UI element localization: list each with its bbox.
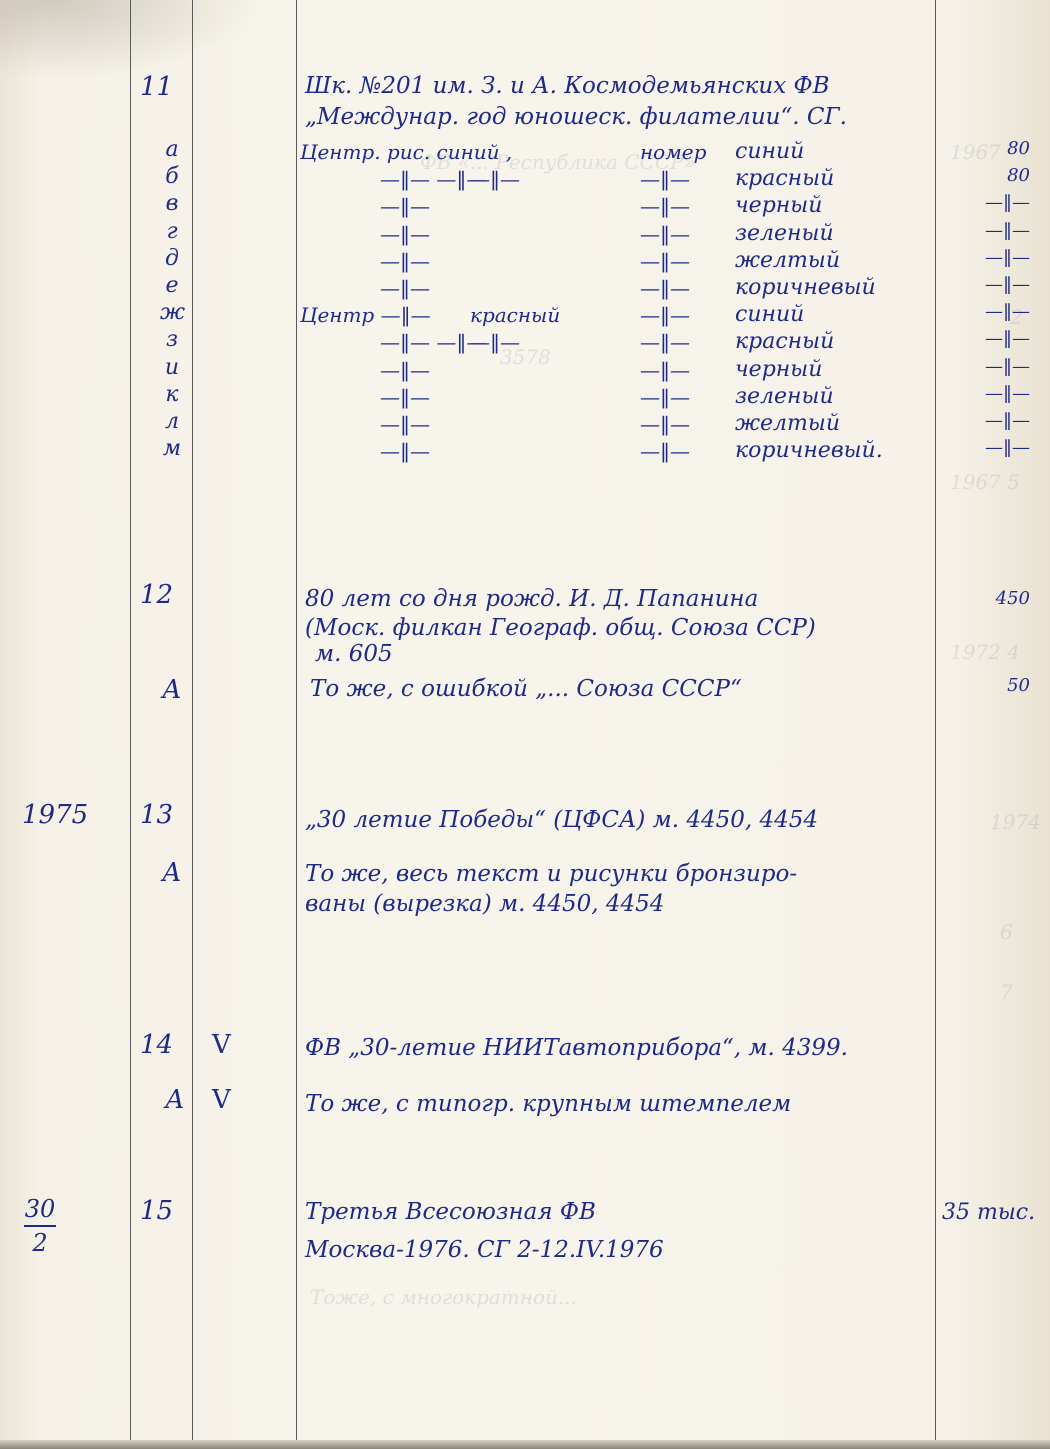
column-rule-description [935,0,936,1449]
entry-number: 12 [140,580,173,610]
variant-letter: ж [160,301,184,325]
year-fraction: 30 2 [20,1195,60,1257]
sub-letter: А [162,858,182,888]
variant-center-color: —‖— [380,356,430,384]
bleed-through-text: 1974 [990,810,1041,834]
entry-title: 80 лет со дня рожд. И. Д. Папанина [305,585,758,613]
variant-center-color: —‖— [380,274,430,302]
variant-letter: м [160,437,184,461]
sub-letter: А [162,675,182,705]
variant-letter: и [160,356,184,380]
variant-letter: к [160,383,184,407]
variant-middle: красный [470,301,560,329]
checkmark: V [212,1085,231,1115]
entry-number: 14 [140,1030,173,1060]
variant-price: —‖— [940,410,1030,431]
entry-price: 35 тыс. [942,1200,1035,1225]
variant-number-color: черный [735,192,822,220]
entry-title: ФВ „30-летие НИИТавтоприбора“, м. 4399. [305,1034,848,1062]
variant-price: —‖— [940,301,1030,322]
variant-center-color: —‖— [380,220,430,248]
variant-letter: л [160,410,184,434]
variant-number-color: желтый [735,247,840,275]
entry-title: м. 605 [315,640,393,668]
fraction-bar [24,1225,56,1227]
entry-year: 1975 [22,800,88,830]
variant-price: —‖— [940,328,1030,349]
variant-price: —‖— [940,220,1030,241]
variant-letter: з [160,328,184,352]
bleed-through-text: 7 [1000,980,1013,1004]
variant-center-color: Центр. рис. синий , [300,138,512,166]
variant-number-prefix: —‖— [640,410,690,438]
variant-number-color: синий [735,138,804,166]
variant-middle: —‖— [470,328,520,356]
variant-letter: е [160,274,184,298]
variant-number-color: коричневый. [735,437,883,465]
entry-number: 11 [140,72,173,102]
variant-number-prefix: —‖— [640,220,690,248]
variant-price: —‖— [940,192,1030,213]
entry-number: 15 [140,1196,173,1226]
bleed-through-text: 1972 4 [950,640,1020,664]
entry-title: (Моск. филкан Географ. общ. Союза ССР) [305,614,816,642]
variant-center-color: —‖— [380,192,430,220]
variant-middle: —‖— [470,165,520,193]
variant-number-color: красный [735,328,834,356]
sub-title: То же, с ошибкой „... Союза СССР“ [310,675,742,703]
variant-number-color: красный [735,165,834,193]
variant-number-color: синий [735,301,804,329]
variant-number-color: зеленый [735,220,834,248]
variant-number-color: черный [735,356,822,384]
entry-title: Третья Всесоюзная ФВ [305,1198,596,1226]
variant-number-prefix: —‖— [640,301,690,329]
variant-center-color: —‖— [380,247,430,275]
column-rule-number [192,0,193,1449]
variant-center-color: —‖— [380,383,430,411]
variant-center-color: Центр —‖— [300,301,431,329]
variant-letter: д [160,247,184,271]
variant-number-prefix: —‖— [640,247,690,275]
entry-title: Москва-1976. СГ 2-12.IV.1976 [305,1236,664,1264]
variant-number-prefix: —‖— [640,192,690,220]
entry-price: 450 [940,588,1030,609]
bleed-through-text: 1967 5 [950,470,1020,494]
variant-number-prefix: —‖— [640,356,690,384]
sub-title: ваны (вырезка) м. 4450, 4454 [305,890,664,918]
fraction-top: 30 [25,1195,56,1223]
variant-price: —‖— [940,274,1030,295]
variant-price: —‖— [940,437,1030,458]
variant-number-prefix: —‖— [640,328,690,356]
variant-number-prefix: —‖— [640,383,690,411]
variant-price: 80 [940,165,1030,186]
variant-number-prefix: —‖— [640,165,690,193]
fraction-bottom: 2 [32,1229,47,1257]
variant-number-color: желтый [735,410,840,438]
variant-price: —‖— [940,383,1030,404]
bleed-through-text: Тоже, с многократной... [310,1285,577,1309]
sub-letter: А [165,1085,185,1115]
sub-price: 50 [940,675,1030,696]
column-rule-year [130,0,131,1449]
variant-number-prefix: номер [640,138,706,166]
sub-title: То же, весь текст и рисунки бронзиро- [305,860,797,888]
bleed-through-text: 6 [1000,920,1013,944]
checkmark: V [212,1030,231,1060]
entry-title: „30 летие Победы“ (ЦФСА) м. 4450, 4454 [305,806,818,834]
entry-number: 13 [140,800,173,830]
variant-price: —‖— [940,356,1030,377]
variant-letter: г [160,220,184,244]
variant-number-color: зеленый [735,383,834,411]
sub-title: То же, с типогр. крупным штемпелем [305,1090,791,1118]
page-edge [0,1440,1050,1449]
variant-price: —‖— [940,247,1030,268]
variant-letter: б [160,165,184,189]
variant-number-prefix: —‖— [640,437,690,465]
variant-center-color: —‖— [380,410,430,438]
variant-letter: а [160,138,184,162]
variant-letter: в [160,192,184,216]
column-rule-mark [296,0,297,1449]
variant-price: 80 [940,138,1030,159]
entry-title: Шк. №201 им. З. и А. Космодемьянских ФВ [305,72,830,100]
variant-center-color: —‖— [380,437,430,465]
entry-title: „Междунар. год юношеск. филателии“. СГ. [305,103,847,131]
variant-number-color: коричневый [735,274,876,302]
variant-number-prefix: —‖— [640,274,690,302]
